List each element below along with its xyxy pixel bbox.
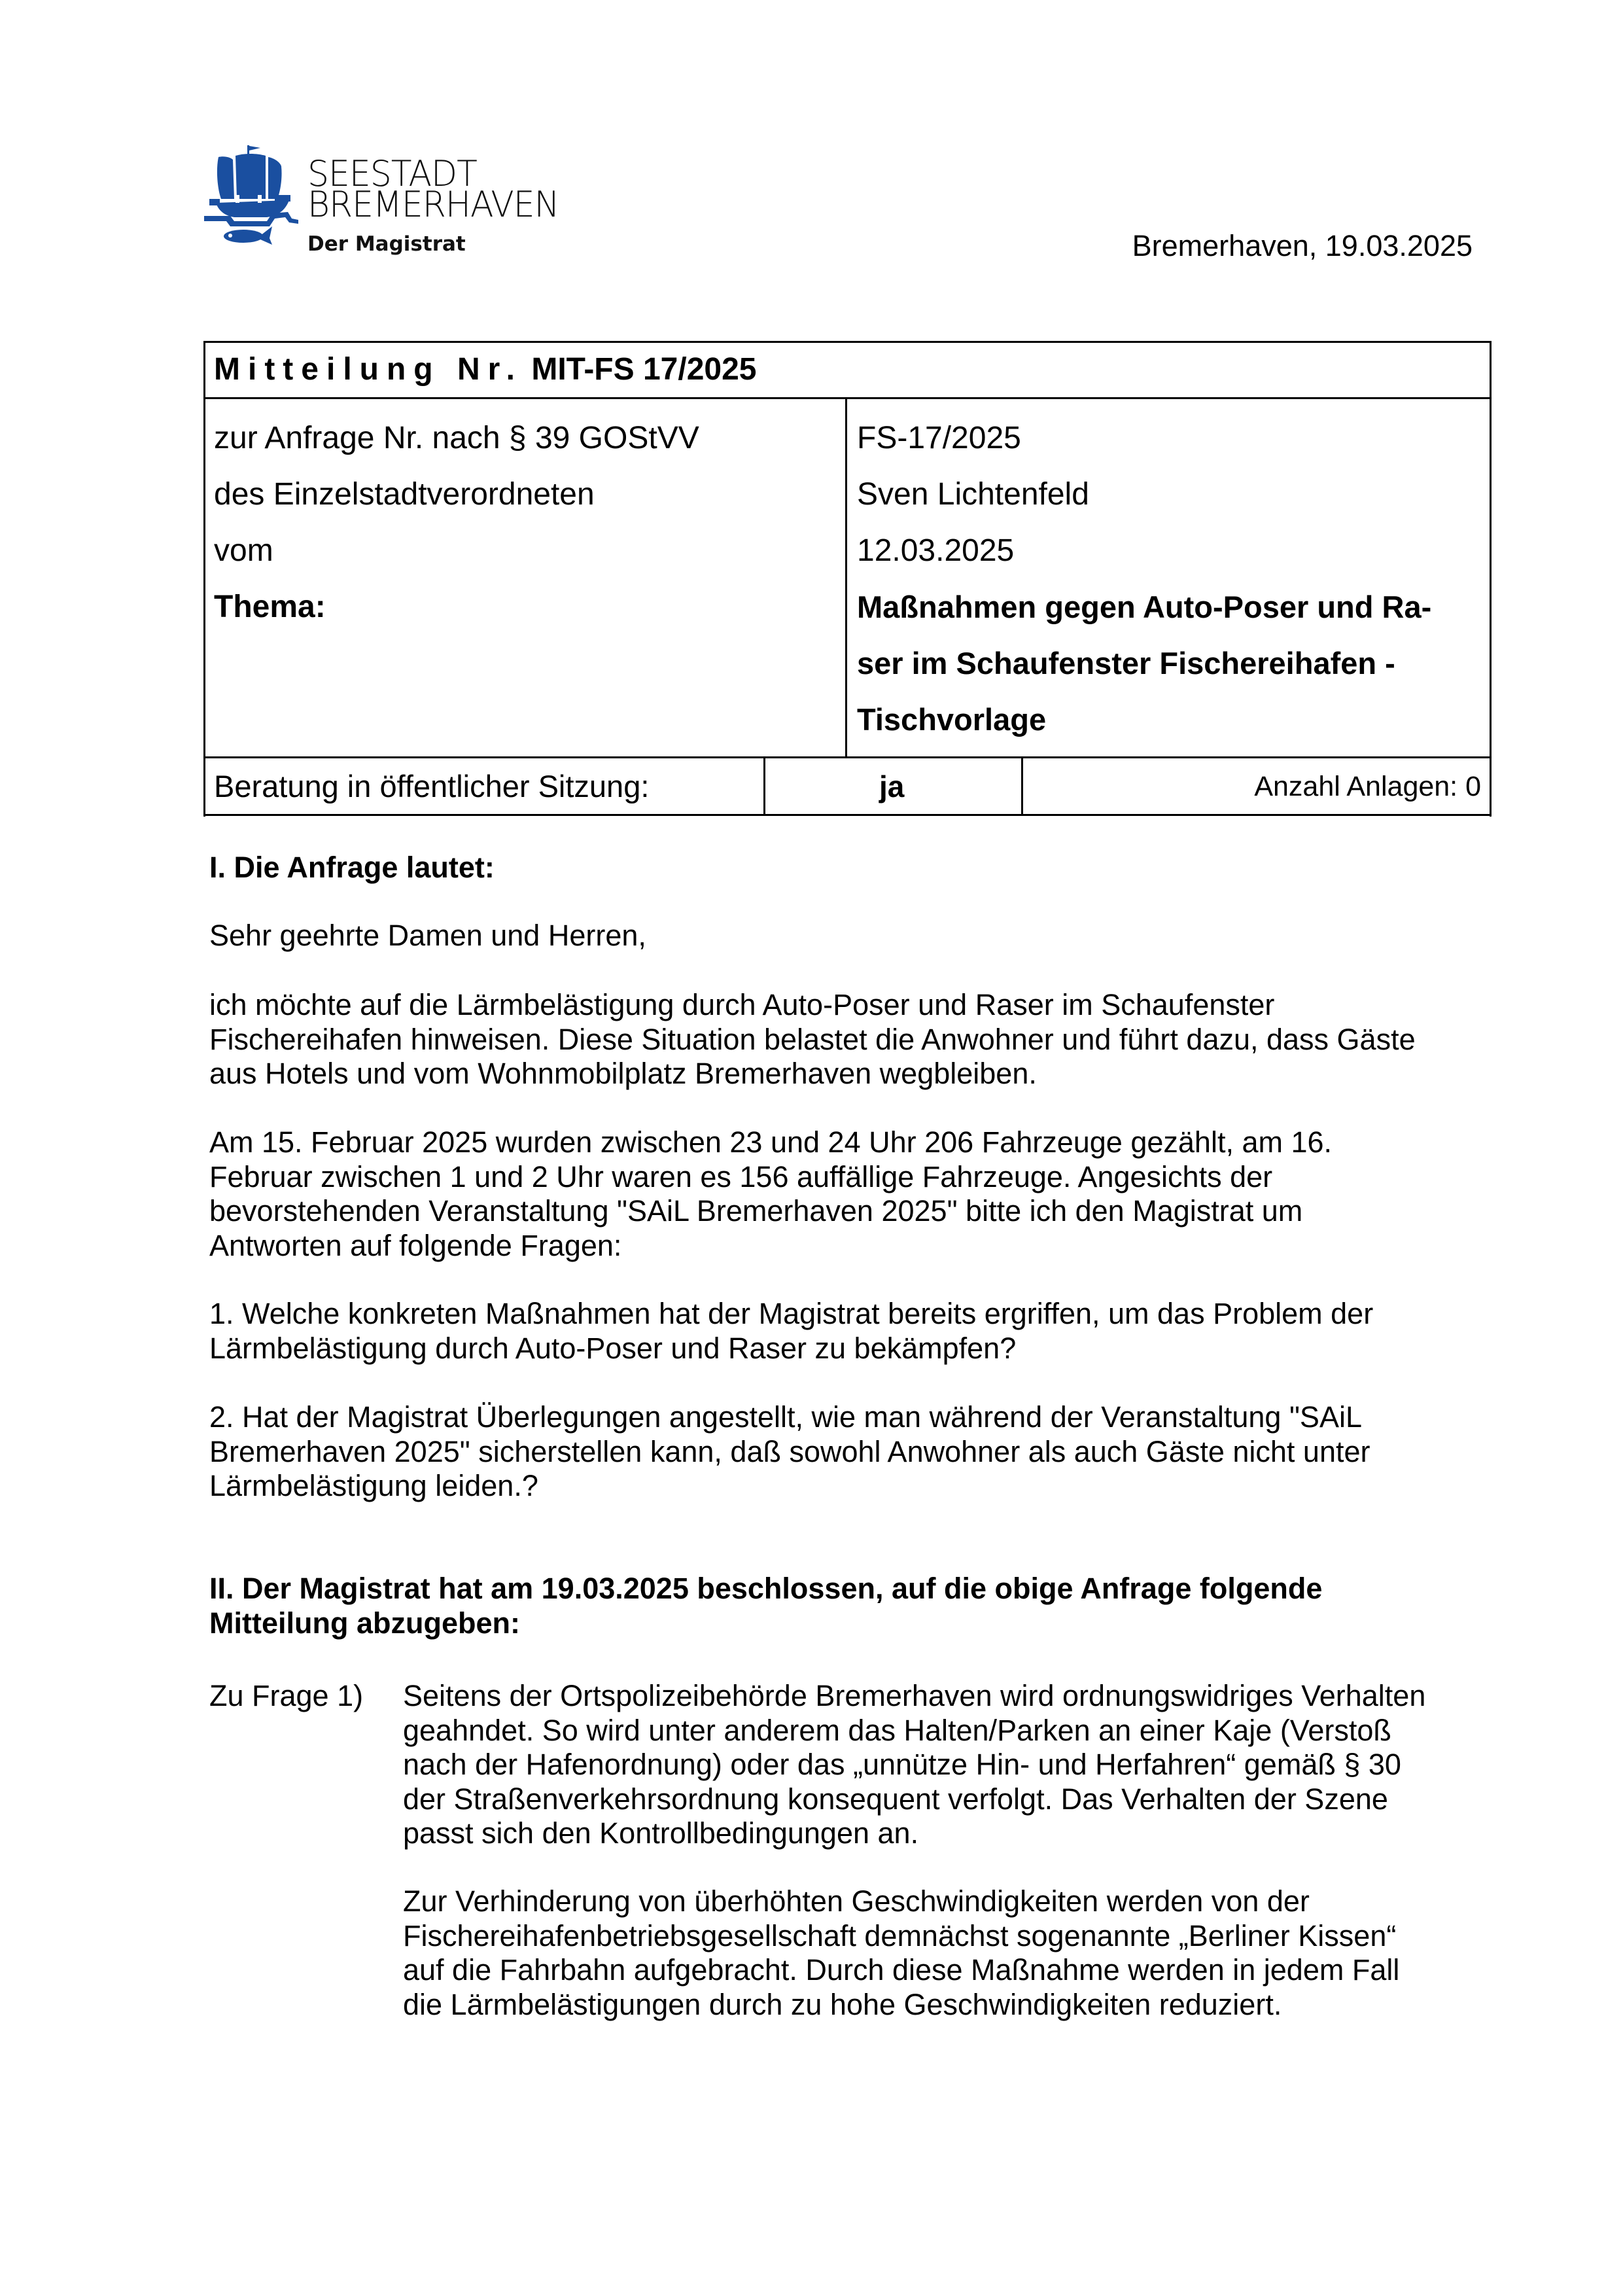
section2-heading-line: Mitteilung abzugeben: (209, 1606, 1322, 1641)
answer-1-line: der Straßenverkehrsordnung konsequent ve… (403, 1782, 1425, 1817)
paragraph-1-line: Fischereihafen hinweisen. Diese Situatio… (209, 1023, 1416, 1057)
thema-label: Thema: (214, 579, 326, 635)
answer-1-paragraph-1: Seitens der Ortspolizeibehörde Bremerhav… (403, 1679, 1425, 1851)
row-value-stadtverordneter: Sven Lichtenfeld (857, 467, 1089, 523)
answer-1-line: die Lärmbelästigungen durch zu hohe Gesc… (403, 1988, 1399, 2022)
title-prefix: Mitteilung Nr. (214, 352, 523, 387)
answer-1-paragraph-2: Zur Verhinderung von überhöhten Geschwin… (403, 1884, 1399, 2022)
section2-heading: II. Der Magistrat hat am 19.03.2025 besc… (209, 1572, 1322, 1640)
salutation: Sehr geehrte Damen und Herren, (209, 919, 646, 953)
question-2-line: 2. Hat der Magistrat Überlegungen angest… (209, 1400, 1370, 1435)
row-label-stadtverordneter: des Einzelstadtverordneten (214, 467, 595, 523)
row-value-vom: 12.03.2025 (857, 523, 1014, 579)
row-value-anfrage: FS-17/2025 (857, 410, 1021, 467)
question-2-line: Bremerhaven 2025" sicherstellen kann, da… (209, 1435, 1370, 1470)
row-label-vom: vom (214, 523, 273, 579)
thema-line-1: Maßnahmen gegen Auto-Poser und Ra- (857, 579, 1431, 635)
paragraph-1: ich möchte auf die Lärmbelästigung durch… (209, 988, 1416, 1091)
question-1-line: 1. Welche konkreten Maßnahmen hat der Ma… (209, 1297, 1373, 1332)
beratung-label: Beratung in öffentlicher Sitzung: (214, 758, 649, 815)
question-1-line: Lärmbelästigung durch Auto-Poser und Ras… (209, 1332, 1373, 1366)
answer-1-line: nach der Hafenordnung) oder das „unnütze… (403, 1748, 1425, 1782)
logo-subtitle: Der Magistrat (307, 234, 466, 255)
city-logo: SEESTADT BREMERHAVEN Der Magistrat (204, 143, 570, 267)
paragraph-1-line: aus Hotels und vom Wohnmobilplatz Bremer… (209, 1057, 1416, 1091)
ship-logo-icon (204, 143, 302, 247)
section1-heading: I. Die Anfrage lautet: (209, 851, 495, 885)
title-number: MIT-FS 17/2025 (531, 352, 756, 387)
section2-heading-line: II. Der Magistrat hat am 19.03.2025 besc… (209, 1572, 1322, 1606)
row-label-anfrage: zur Anfrage Nr. nach § 39 GOStVV (214, 410, 699, 467)
answer-1-line: passt sich den Kontrollbedingungen an. (403, 1816, 1425, 1851)
anlagen-count: Anzahl Anlagen: 0 (1254, 758, 1481, 815)
thema-line-3: Tischvorlage (857, 692, 1046, 748)
paragraph-2: Am 15. Februar 2025 wurden zwischen 23 u… (209, 1125, 1332, 1263)
paragraph-2-line: Antworten auf folgende Fragen: (209, 1229, 1332, 1263)
answer-1-line: Seitens der Ortspolizeibehörde Bremerhav… (403, 1679, 1425, 1714)
paragraph-2-line: Februar zwischen 1 und 2 Uhr waren es 15… (209, 1160, 1332, 1195)
question-2: 2. Hat der Magistrat Überlegungen angest… (209, 1400, 1370, 1504)
answer-1-line: auf die Fahrbahn aufgebracht. Durch dies… (403, 1953, 1399, 1988)
paragraph-2-line: bevorstehenden Veranstaltung "SAiL Breme… (209, 1194, 1332, 1229)
logo-text-bremerhaven: BREMERHAVEN (307, 187, 559, 223)
answer-1-line: geahndet. So wird unter anderem das Halt… (403, 1714, 1425, 1748)
answer-1-label: Zu Frage 1) (209, 1679, 363, 1714)
answer-1-line: Fischereihafenbetriebsgesellschaft demnä… (403, 1919, 1399, 1954)
question-2-line: Lärmbelästigung leiden.? (209, 1469, 1370, 1504)
paragraph-1-line: ich möchte auf die Lärmbelästigung durch… (209, 988, 1416, 1023)
thema-line-2: ser im Schaufenster Fischereihafen - (857, 635, 1395, 692)
question-1: 1. Welche konkreten Maßnahmen hat der Ma… (209, 1297, 1373, 1366)
answer-1-line: Zur Verhinderung von überhöhten Geschwin… (403, 1884, 1399, 1919)
paragraph-2-line: Am 15. Februar 2025 wurden zwischen 23 u… (209, 1125, 1332, 1160)
beratung-value: ja (879, 758, 904, 815)
document-title: Mitteilung Nr. MIT-FS 17/2025 (214, 342, 756, 398)
place-date: Bremerhaven, 19.03.2025 (1132, 229, 1473, 263)
